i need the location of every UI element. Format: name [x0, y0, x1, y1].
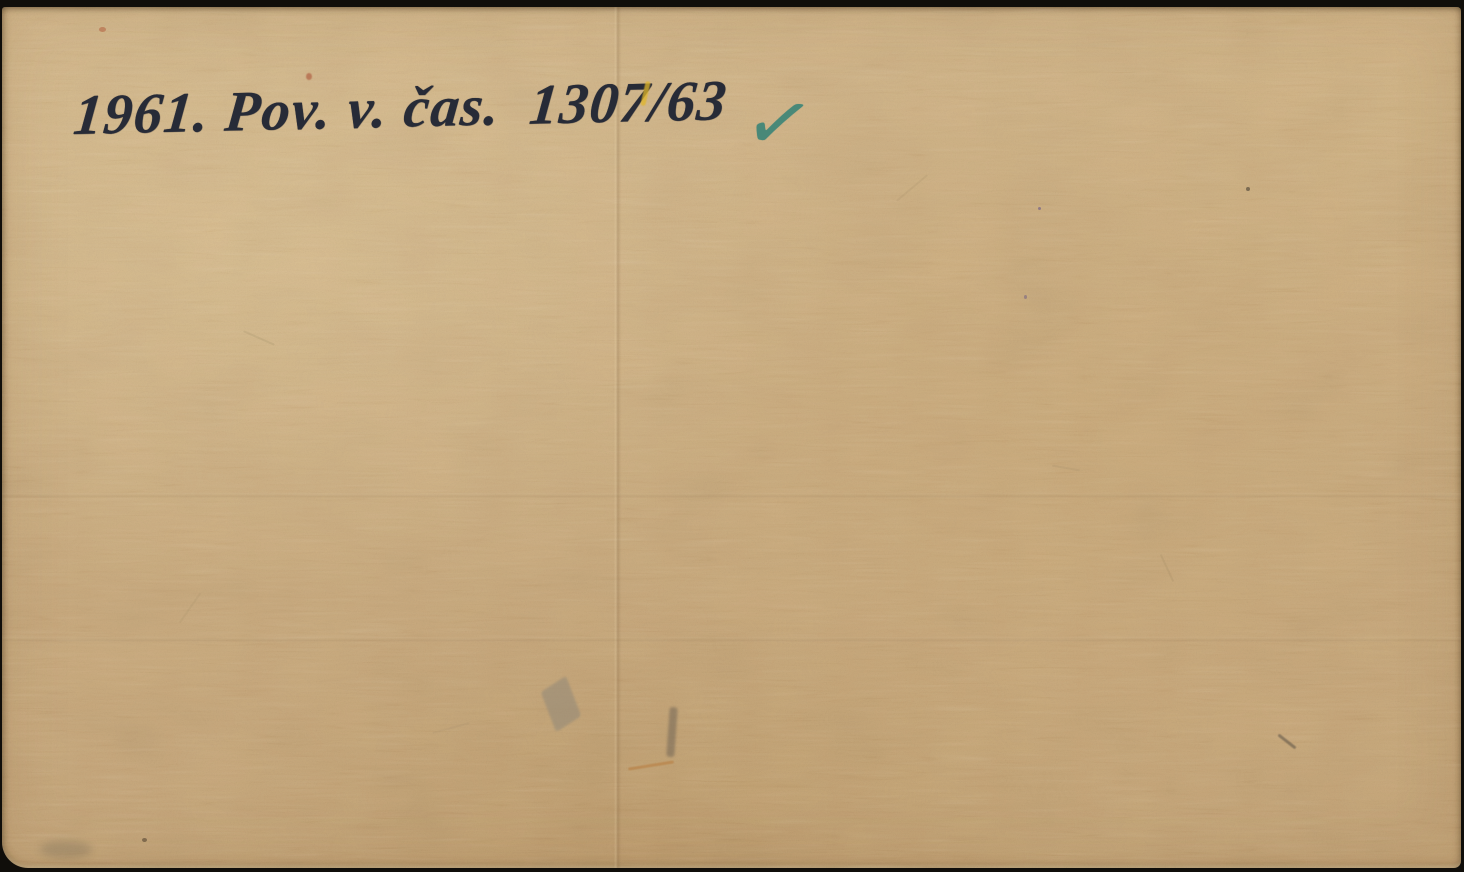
index-card: 1961. Pov. v. čas.1307/63 ✓	[2, 7, 1461, 868]
paper-dot-purple	[1038, 207, 1041, 210]
paper-streak-dark	[666, 707, 677, 757]
paper-hair-fiber	[1160, 554, 1174, 582]
paper-hair-fiber	[432, 722, 469, 734]
note-spacing	[501, 124, 531, 125]
horizontal-crease-upper	[2, 493, 1461, 497]
paper-hair-fiber	[896, 174, 928, 201]
paper-dot-purple	[1024, 295, 1027, 299]
smudge-bottom-left	[40, 841, 92, 858]
paper-hair-fiber	[1052, 465, 1080, 472]
paper-speck-red	[99, 27, 106, 32]
paper-hair-fiber	[243, 330, 275, 346]
paper-speck-dark	[1246, 187, 1250, 191]
paper-fleck-grey	[541, 676, 582, 732]
checkmark-icon: ✓	[737, 81, 820, 167]
paper-fiber-orange	[628, 760, 674, 770]
paper-hair-fiber	[179, 593, 201, 624]
handwritten-note: 1961. Pov. v. čas.1307/63	[73, 68, 728, 148]
scanner-background: 1961. Pov. v. čas.1307/63 ✓	[0, 0, 1464, 872]
paper-speck-dark	[142, 838, 147, 842]
note-number-text: 1307/63	[527, 68, 731, 138]
paper-fiber-dark	[1277, 734, 1296, 750]
note-label-text: 1961. Pov. v. čas.	[71, 73, 504, 148]
horizontal-crease-lower	[2, 637, 1461, 641]
